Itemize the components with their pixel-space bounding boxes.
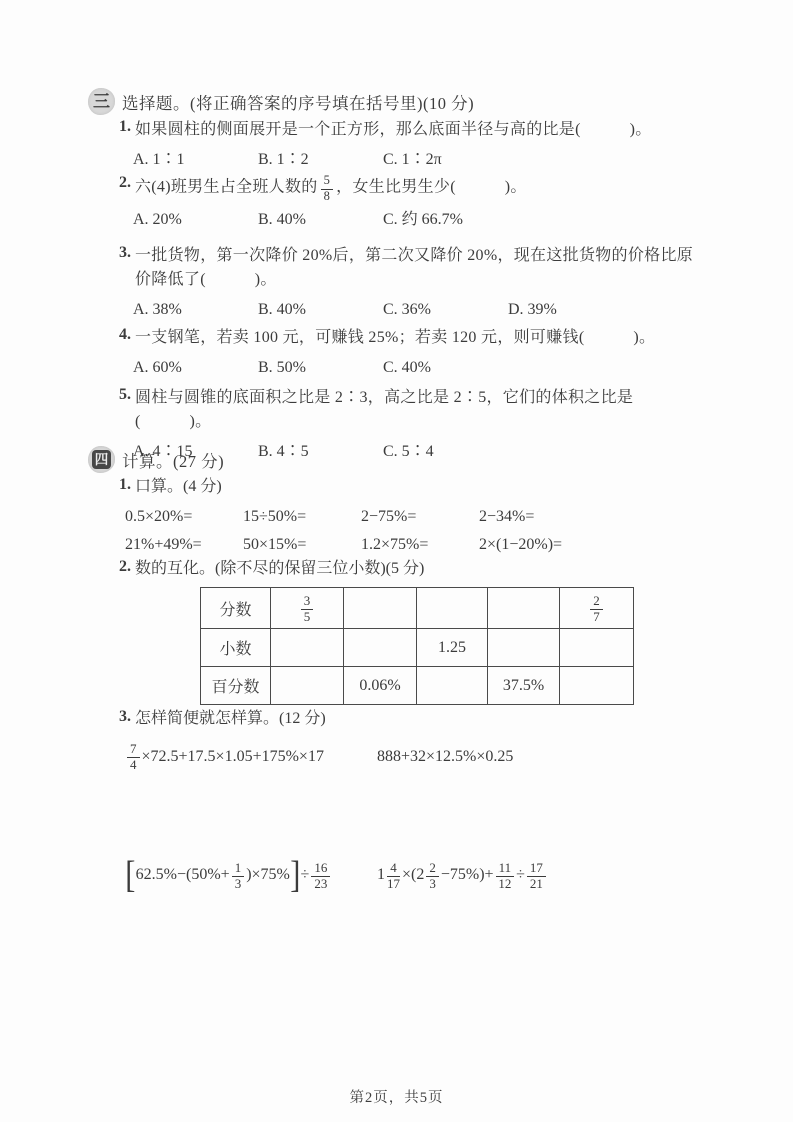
fraction-denominator: 7 (593, 610, 600, 623)
fraction-numerator: 2 (426, 861, 439, 877)
fraction: 1623 (311, 861, 330, 890)
conversion-table: 分数 35 27 小数 1.25 百分数 (200, 587, 634, 705)
option-c: C. 约 66.7% (383, 208, 463, 232)
question-4: 4. 一支钢笔，若卖 100 元，可赚钱 25%；若卖 120 元，则可赚钱( … (88, 326, 708, 380)
expression-row: 74×72.5+17.5×1.05+175%×17 888+32×12.5%×0… (125, 742, 708, 771)
expression-text: 圆柱与圆锥的底面积之比是 2∶3，高之比是 2∶5，它们的体积之比是( )。 (135, 389, 633, 430)
option-a: A. 20% (133, 208, 258, 232)
expression-text: 37.5% (503, 677, 544, 694)
section-three-title: 选择题。(将正确答案的序号填在括号里)(10 分) (122, 90, 474, 114)
sub-title: 怎样简便就怎样算。(12 分) (135, 708, 708, 730)
right-bracket: ] (290, 858, 300, 892)
fraction: 417 (387, 861, 400, 890)
fraction-denominator: 21 (530, 877, 543, 890)
number-conversion-block: 2. 数的互化。(除不尽的保留三位小数)(5 分) 分数 35 27 小数 (88, 558, 708, 705)
question-number: 2. (119, 174, 131, 192)
option-c: C. 5∶4 (383, 440, 434, 464)
section-four-stamp-icon: 四 (88, 446, 115, 473)
expression-text: ，女生比男生少( )。 (336, 179, 527, 196)
math-expression: 888+32×12.5%×0.25 (377, 748, 513, 766)
expression-text: 888+32×12.5%×0.25 (377, 748, 513, 766)
fraction-denominator: 3 (235, 877, 242, 890)
oral-calc-item: 1.2×75%= (361, 534, 479, 556)
table-cell: 37.5% (488, 667, 560, 705)
oral-calc-item: 21%+49%= (125, 534, 243, 556)
question-stem: 一支钢笔，若卖 100 元，可赚钱 25%；若卖 120 元，则可赚钱( )。 (135, 326, 708, 350)
left-bracket: [ (125, 858, 135, 892)
oral-calc-item: 0.5×20%= (125, 506, 243, 528)
math-expression: [62.5%−(50%+13)×75%]÷1623 (125, 858, 377, 892)
table-cell: 27 (560, 588, 634, 629)
question-stem: 六(4)班男生占全班人数的58，女生比男生少( )。 (135, 174, 708, 202)
question-stem: 一批货物，第一次降价 20%后，第二次又降价 20%，现在这批货物的价格比原价降… (135, 244, 708, 292)
question-number: 3. (119, 244, 131, 262)
exam-page: 三 选择题。(将正确答案的序号填在括号里)(10 分) 1. 如果圆柱的侧面展开… (0, 0, 793, 1122)
section-four-header: 四 计算。(27 分) (88, 446, 224, 473)
question-1: 1. 如果圆柱的侧面展开是一个正方形，那么底面半径与高的比是( )。 A. 1∶… (88, 118, 708, 172)
expression-text: )×75% (246, 866, 290, 884)
expression-text: 六(4)班男生占全班人数的 (135, 179, 318, 196)
fraction-numerator: 4 (387, 861, 400, 877)
fraction: 27 (590, 594, 603, 623)
option-c: C. 1∶2π (383, 148, 442, 172)
table-cell (488, 629, 560, 667)
question-stem: 如果圆柱的侧面展开是一个正方形，那么底面半径与高的比是( )。 (135, 118, 708, 142)
table-cell (344, 629, 417, 667)
table-cell (417, 588, 488, 629)
table-cell: 1.25 (417, 629, 488, 667)
question-2: 2. 六(4)班男生占全班人数的58，女生比男生少( )。 A. 20%B. 4… (88, 174, 708, 232)
option-b: B. 40% (258, 208, 383, 232)
oral-calc-item: 2×(1−20%)= (479, 534, 562, 556)
option-c: C. 36% (383, 298, 508, 322)
sub-title: 口算。(4 分) (135, 476, 708, 498)
oral-calc-item: 2−34%= (479, 506, 534, 528)
question-number: 4. (119, 326, 131, 344)
options-row: A. 38%B. 40%C. 36%D. 39% (133, 298, 708, 322)
oral-calc-row: 0.5×20%=15÷50%=2−75%=2−34%= (125, 506, 708, 528)
option-a: A. 1∶1 (133, 148, 258, 172)
expression-text: 1 (377, 866, 385, 884)
oral-calc-item: 2−75%= (361, 506, 479, 528)
fraction-numerator: 11 (496, 861, 515, 877)
option-a: A. 60% (133, 356, 258, 380)
table-cell (560, 667, 634, 705)
fraction-numerator: 5 (321, 174, 334, 190)
fraction-denominator: 23 (314, 877, 327, 890)
table-cell (488, 588, 560, 629)
table-row: 小数 1.25 (201, 629, 634, 667)
options-row: A. 20%B. 40%C. 约 66.7% (133, 208, 708, 232)
expression-text: −75%)+ (441, 866, 494, 884)
table-cell (271, 667, 344, 705)
table-cell: 0.06% (344, 667, 417, 705)
options-row: A. 60%B. 50%C. 40% (133, 356, 708, 380)
section-four-title: 计算。(27 分) (122, 448, 224, 472)
table-cell (344, 588, 417, 629)
oral-calc-block: 1. 口算。(4 分) 0.5×20%=15÷50%=2−75%=2−34%= … (88, 476, 708, 556)
fraction-denominator: 4 (130, 758, 137, 771)
fraction: 35 (301, 594, 314, 623)
fraction-numerator: 16 (311, 861, 330, 877)
expression-text: 0.06% (359, 677, 400, 694)
fraction-denominator: 8 (324, 190, 331, 203)
question-number: 1. (119, 118, 131, 136)
sub-number: 3. (119, 708, 131, 726)
fraction-numerator: 3 (301, 594, 314, 610)
expression-text: 一支钢笔，若卖 100 元，可赚钱 25%；若卖 120 元，则可赚钱( )。 (135, 329, 655, 346)
options-row: A. 1∶1B. 1∶2C. 1∶2π (133, 148, 708, 172)
oral-calc-item: 50×15%= (243, 534, 361, 556)
question-number: 5. (119, 386, 131, 404)
page-footer: 第2页，共5页 (0, 1086, 793, 1107)
oral-calc-item: 15÷50%= (243, 506, 361, 528)
expression-text: 1.25 (438, 639, 466, 656)
fraction-numerator: 2 (590, 594, 603, 610)
fraction: 23 (426, 861, 439, 890)
table-row-header: 百分数 (201, 667, 271, 705)
expression-text: ÷ (516, 866, 525, 884)
section-four-badge: 四 (92, 450, 111, 469)
fraction-numerator: 17 (527, 861, 546, 877)
fraction-denominator: 3 (429, 877, 436, 890)
table-cell: 35 (271, 588, 344, 629)
table-cell (560, 629, 634, 667)
sub-number: 1. (119, 476, 131, 494)
table-row-header: 小数 (201, 629, 271, 667)
expression-text: 62.5%−(50%+ (136, 866, 230, 884)
oral-calc-row: 21%+49%=50×15%=1.2×75%=2×(1−20%)= (125, 534, 708, 556)
fraction: 1112 (496, 861, 515, 890)
question-3: 3. 一批货物，第一次降价 20%后，第二次又降价 20%，现在这批货物的价格比… (88, 244, 708, 322)
option-b: B. 40% (258, 298, 383, 322)
option-d: D. 39% (508, 298, 557, 322)
simplify-calc-block: 3. 怎样简便就怎样算。(12 分) 74×72.5+17.5×1.05+175… (88, 708, 708, 771)
fraction-denominator: 5 (304, 610, 311, 623)
fraction: 1721 (527, 861, 546, 890)
expression-text: ×72.5+17.5×1.05+175%×17 (142, 748, 324, 766)
option-a: A. 38% (133, 298, 258, 322)
question-stem: 圆柱与圆锥的底面积之比是 2∶3，高之比是 2∶5，它们的体积之比是( )。 (135, 386, 708, 434)
expression-text: ÷ (301, 866, 310, 884)
fraction: 58 (321, 174, 334, 202)
fraction-numerator: 1 (232, 861, 245, 877)
table-row: 分数 35 27 (201, 588, 634, 629)
math-expression: 74×72.5+17.5×1.05+175%×17 (125, 742, 377, 771)
simplify-calc-row-2: [62.5%−(50%+13)×75%]÷1623 1417×(223−75%)… (88, 858, 708, 892)
sub-number: 2. (119, 558, 131, 576)
fraction-denominator: 12 (498, 877, 511, 890)
option-b: B. 4∶5 (258, 440, 383, 464)
fraction: 13 (232, 861, 245, 890)
sub-title: 数的互化。(除不尽的保留三位小数)(5 分) (135, 558, 708, 580)
fraction: 74 (127, 742, 140, 771)
option-b: B. 50% (258, 356, 383, 380)
fraction-denominator: 17 (387, 877, 400, 890)
expression-text: 一批货物，第一次降价 20%后，第二次又降价 20%，现在这批货物的价格比原价降… (135, 247, 693, 288)
fraction-numerator: 7 (127, 742, 140, 758)
expression-text: 如果圆柱的侧面展开是一个正方形，那么底面半径与高的比是( )。 (135, 121, 652, 138)
table-row-header: 分数 (201, 588, 271, 629)
table-cell (417, 667, 488, 705)
option-c: C. 40% (383, 356, 431, 380)
table-row: 百分数 0.06% 37.5% (201, 667, 634, 705)
section-three-header: 三 选择题。(将正确答案的序号填在括号里)(10 分) (88, 88, 474, 115)
expression-row: [62.5%−(50%+13)×75%]÷1623 1417×(223−75%)… (125, 858, 708, 892)
section-three-stamp-icon: 三 (88, 88, 115, 115)
section-three-badge: 三 (93, 93, 110, 110)
table-cell (271, 629, 344, 667)
expression-text: ×(2 (402, 866, 424, 884)
math-expression: 1417×(223−75%)+1112÷1721 (377, 861, 548, 890)
option-b: B. 1∶2 (258, 148, 383, 172)
